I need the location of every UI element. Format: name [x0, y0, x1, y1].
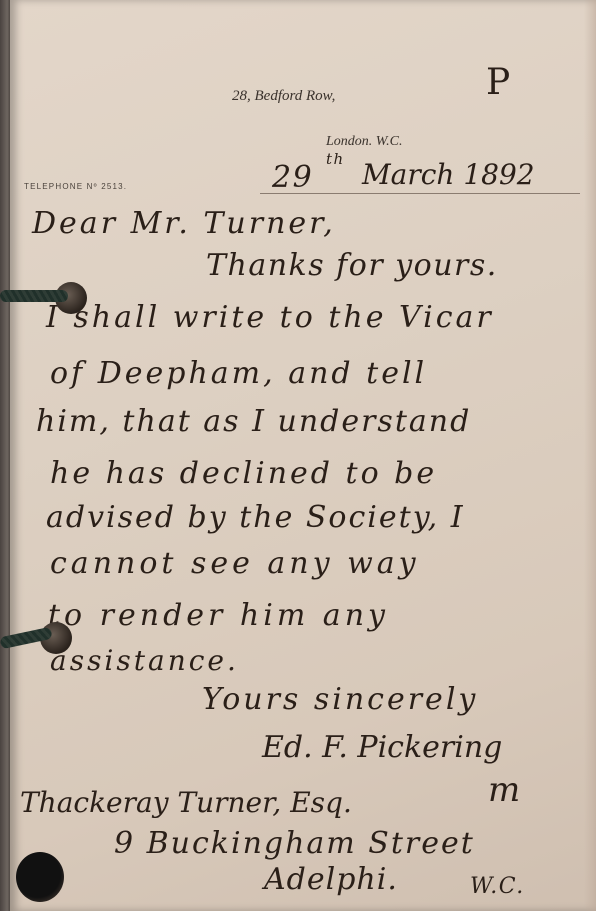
date-day: 29: [272, 160, 313, 195]
letterhead-address-line1: 28, Bedford Row,: [232, 88, 335, 105]
letter-page: P 28, Bedford Row, London. W.C. TELEPHON…: [10, 0, 596, 911]
body-line-7: cannot see any way: [50, 546, 420, 581]
closing: Yours sincerely: [202, 682, 478, 717]
letterhead-address-line2: London. W.C.: [326, 134, 403, 150]
recipient-postal: W.C.: [470, 874, 525, 899]
date-underline: [260, 193, 580, 194]
recipient-street: 9 Buckingham Street: [114, 826, 475, 861]
page-right-edge: [584, 0, 596, 911]
body-line-3: of Deepham, and tell: [50, 356, 427, 391]
body-line-6: advised by the Society, I: [46, 500, 465, 535]
signature: Ed. F. Pickering: [262, 730, 502, 765]
date-month-year: March 1892: [362, 158, 535, 191]
letterhead-telephone: TELEPHONE Nº 2513.: [24, 182, 127, 191]
salutation: Dear Mr. Turner,: [32, 206, 336, 241]
binding-hole-bottom: [16, 852, 64, 902]
body-line-8: to render him any: [48, 598, 389, 633]
body-line-4: him, that as I understand: [36, 404, 471, 439]
recipient-name: Thackeray Turner, Esq.: [20, 786, 352, 819]
corner-mark: P: [486, 62, 510, 103]
body-line-2: I shall write to the Vicar: [46, 300, 494, 335]
body-line-1: Thanks for yours.: [206, 248, 498, 283]
date-suffix: th: [326, 150, 345, 168]
recipient-district: Adelphi.: [264, 862, 398, 897]
body-line-9: assistance.: [50, 644, 239, 677]
body-line-5: he has declined to be: [50, 456, 437, 491]
signature-flourish: m: [488, 770, 522, 810]
binding-string-top: [0, 290, 68, 302]
